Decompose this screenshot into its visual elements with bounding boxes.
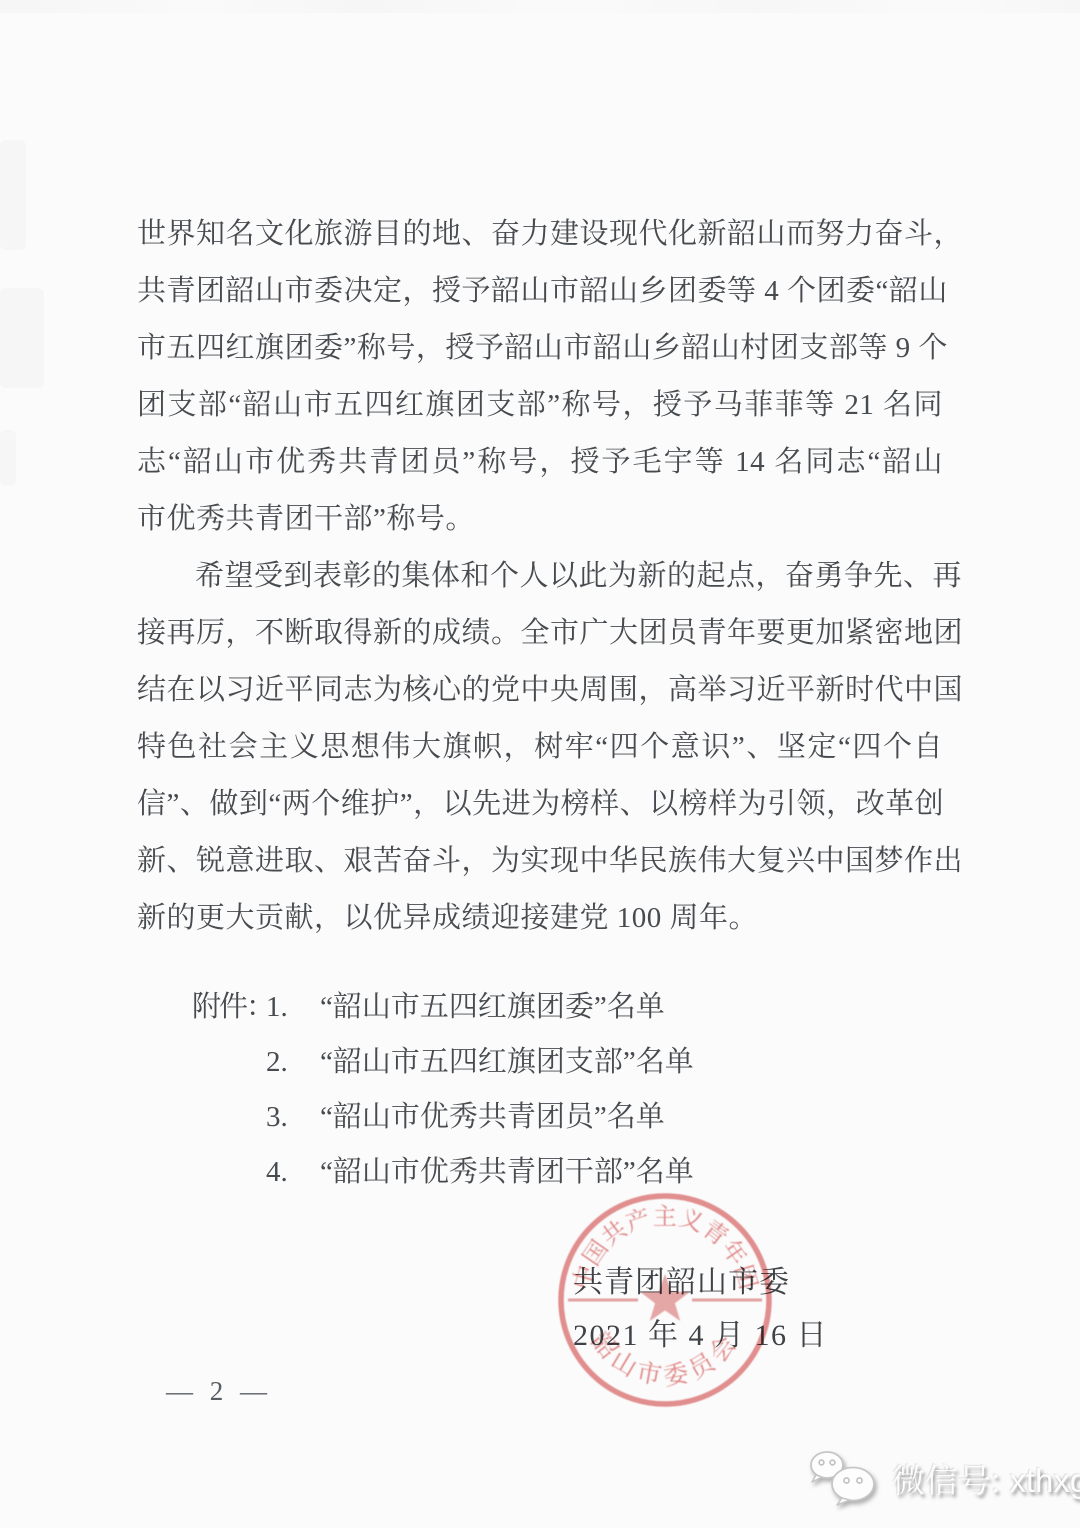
page-number: — 2 — (166, 1376, 272, 1407)
body-line: 市优秀共青团干部”称号。 (137, 491, 943, 548)
attachments-label-spacer (192, 1090, 266, 1145)
attachment-number: 1. (266, 980, 320, 1035)
document-page: 世界知名文化旅游目的地、奋力建设现代化新韶山而努力奋斗， 共青团韶山市委决定，授… (0, 0, 1080, 1528)
attachment-number: 2. (266, 1035, 320, 1090)
attachments-label: 附件： (192, 980, 266, 1035)
body-line: 特色社会主义思想伟大旗帜，树牢“四个意识”、坚定“四个自 (137, 719, 943, 776)
attachment-title: “韶山市五四红旗团支部”名单 (320, 1035, 694, 1090)
body-line: 希望受到表彰的集体和个人以此为新的起点，奋勇争先、再 (137, 548, 943, 605)
body-line: 世界知名文化旅游目的地、奋力建设现代化新韶山而努力奋斗， (137, 206, 943, 263)
scan-artifact (0, 288, 44, 388)
body-line: 信”、做到“两个维护”，以先进为榜样、以榜样为引领，改革创 (137, 776, 943, 833)
scan-artifact (0, 140, 26, 250)
body-line: 新、锐意进取、艰苦奋斗，为实现中华民族伟大复兴中国梦作出 (137, 833, 943, 890)
body-text: 世界知名文化旅游目的地、奋力建设现代化新韶山而努力奋斗， 共青团韶山市委决定，授… (137, 206, 943, 947)
attachments-section: 附件： 1. “韶山市五四红旗团委”名单 2. “韶山市五四红旗团支部”名单 3… (192, 980, 694, 1200)
body-line: 接再厉，不断取得新的成绩。全市广大团员青年要更加紧密地团 (137, 605, 943, 662)
attachments-label-spacer (192, 1035, 266, 1090)
scan-artifact (0, 430, 16, 486)
attachment-number: 3. (266, 1090, 320, 1145)
seal-bottom-arc-text: 韶山市委员会 (585, 1327, 744, 1391)
attachment-title: “韶山市优秀共青团员”名单 (320, 1090, 665, 1145)
attachments-label-spacer (192, 1145, 266, 1200)
body-line: 市五四红旗团委”称号，授予韶山市韶山乡韶山村团支部等 9 个 (137, 320, 943, 377)
body-line: 志“韶山市优秀共青团员”称号，授予毛宇等 14 名同志“韶山 (137, 434, 943, 491)
attachment-item: 3. “韶山市优秀共青团员”名单 (192, 1090, 694, 1145)
wechat-watermark: 微信号: xthxgs (806, 1450, 1080, 1506)
official-seal: 中国共产主义青年团 韶山市委员会 (554, 1189, 776, 1411)
watermark-text: 微信号: xthxgs (892, 1455, 1080, 1502)
body-line: 团支部“韶山市五四红旗团支部”称号，授予马菲菲等 21 名同 (137, 377, 943, 434)
attachment-number: 4. (266, 1145, 320, 1200)
attachment-item: 附件： 1. “韶山市五四红旗团委”名单 (192, 980, 694, 1035)
attachment-item: 2. “韶山市五四红旗团支部”名单 (192, 1035, 694, 1090)
attachment-title: “韶山市五四红旗团委”名单 (320, 980, 665, 1035)
seal-star-icon (640, 1274, 689, 1321)
wechat-icon (806, 1450, 882, 1506)
body-line: 结在以习近平同志为核心的党中央周围，高举习近平新时代中国 (137, 662, 943, 719)
body-line: 新的更大贡献，以优异成绩迎接建党 100 周年。 (137, 890, 943, 947)
body-line: 共青团韶山市委决定，授予韶山市韶山乡团委等 4 个团委“韶山 (137, 263, 943, 320)
scan-artifact (0, 0, 1080, 13)
